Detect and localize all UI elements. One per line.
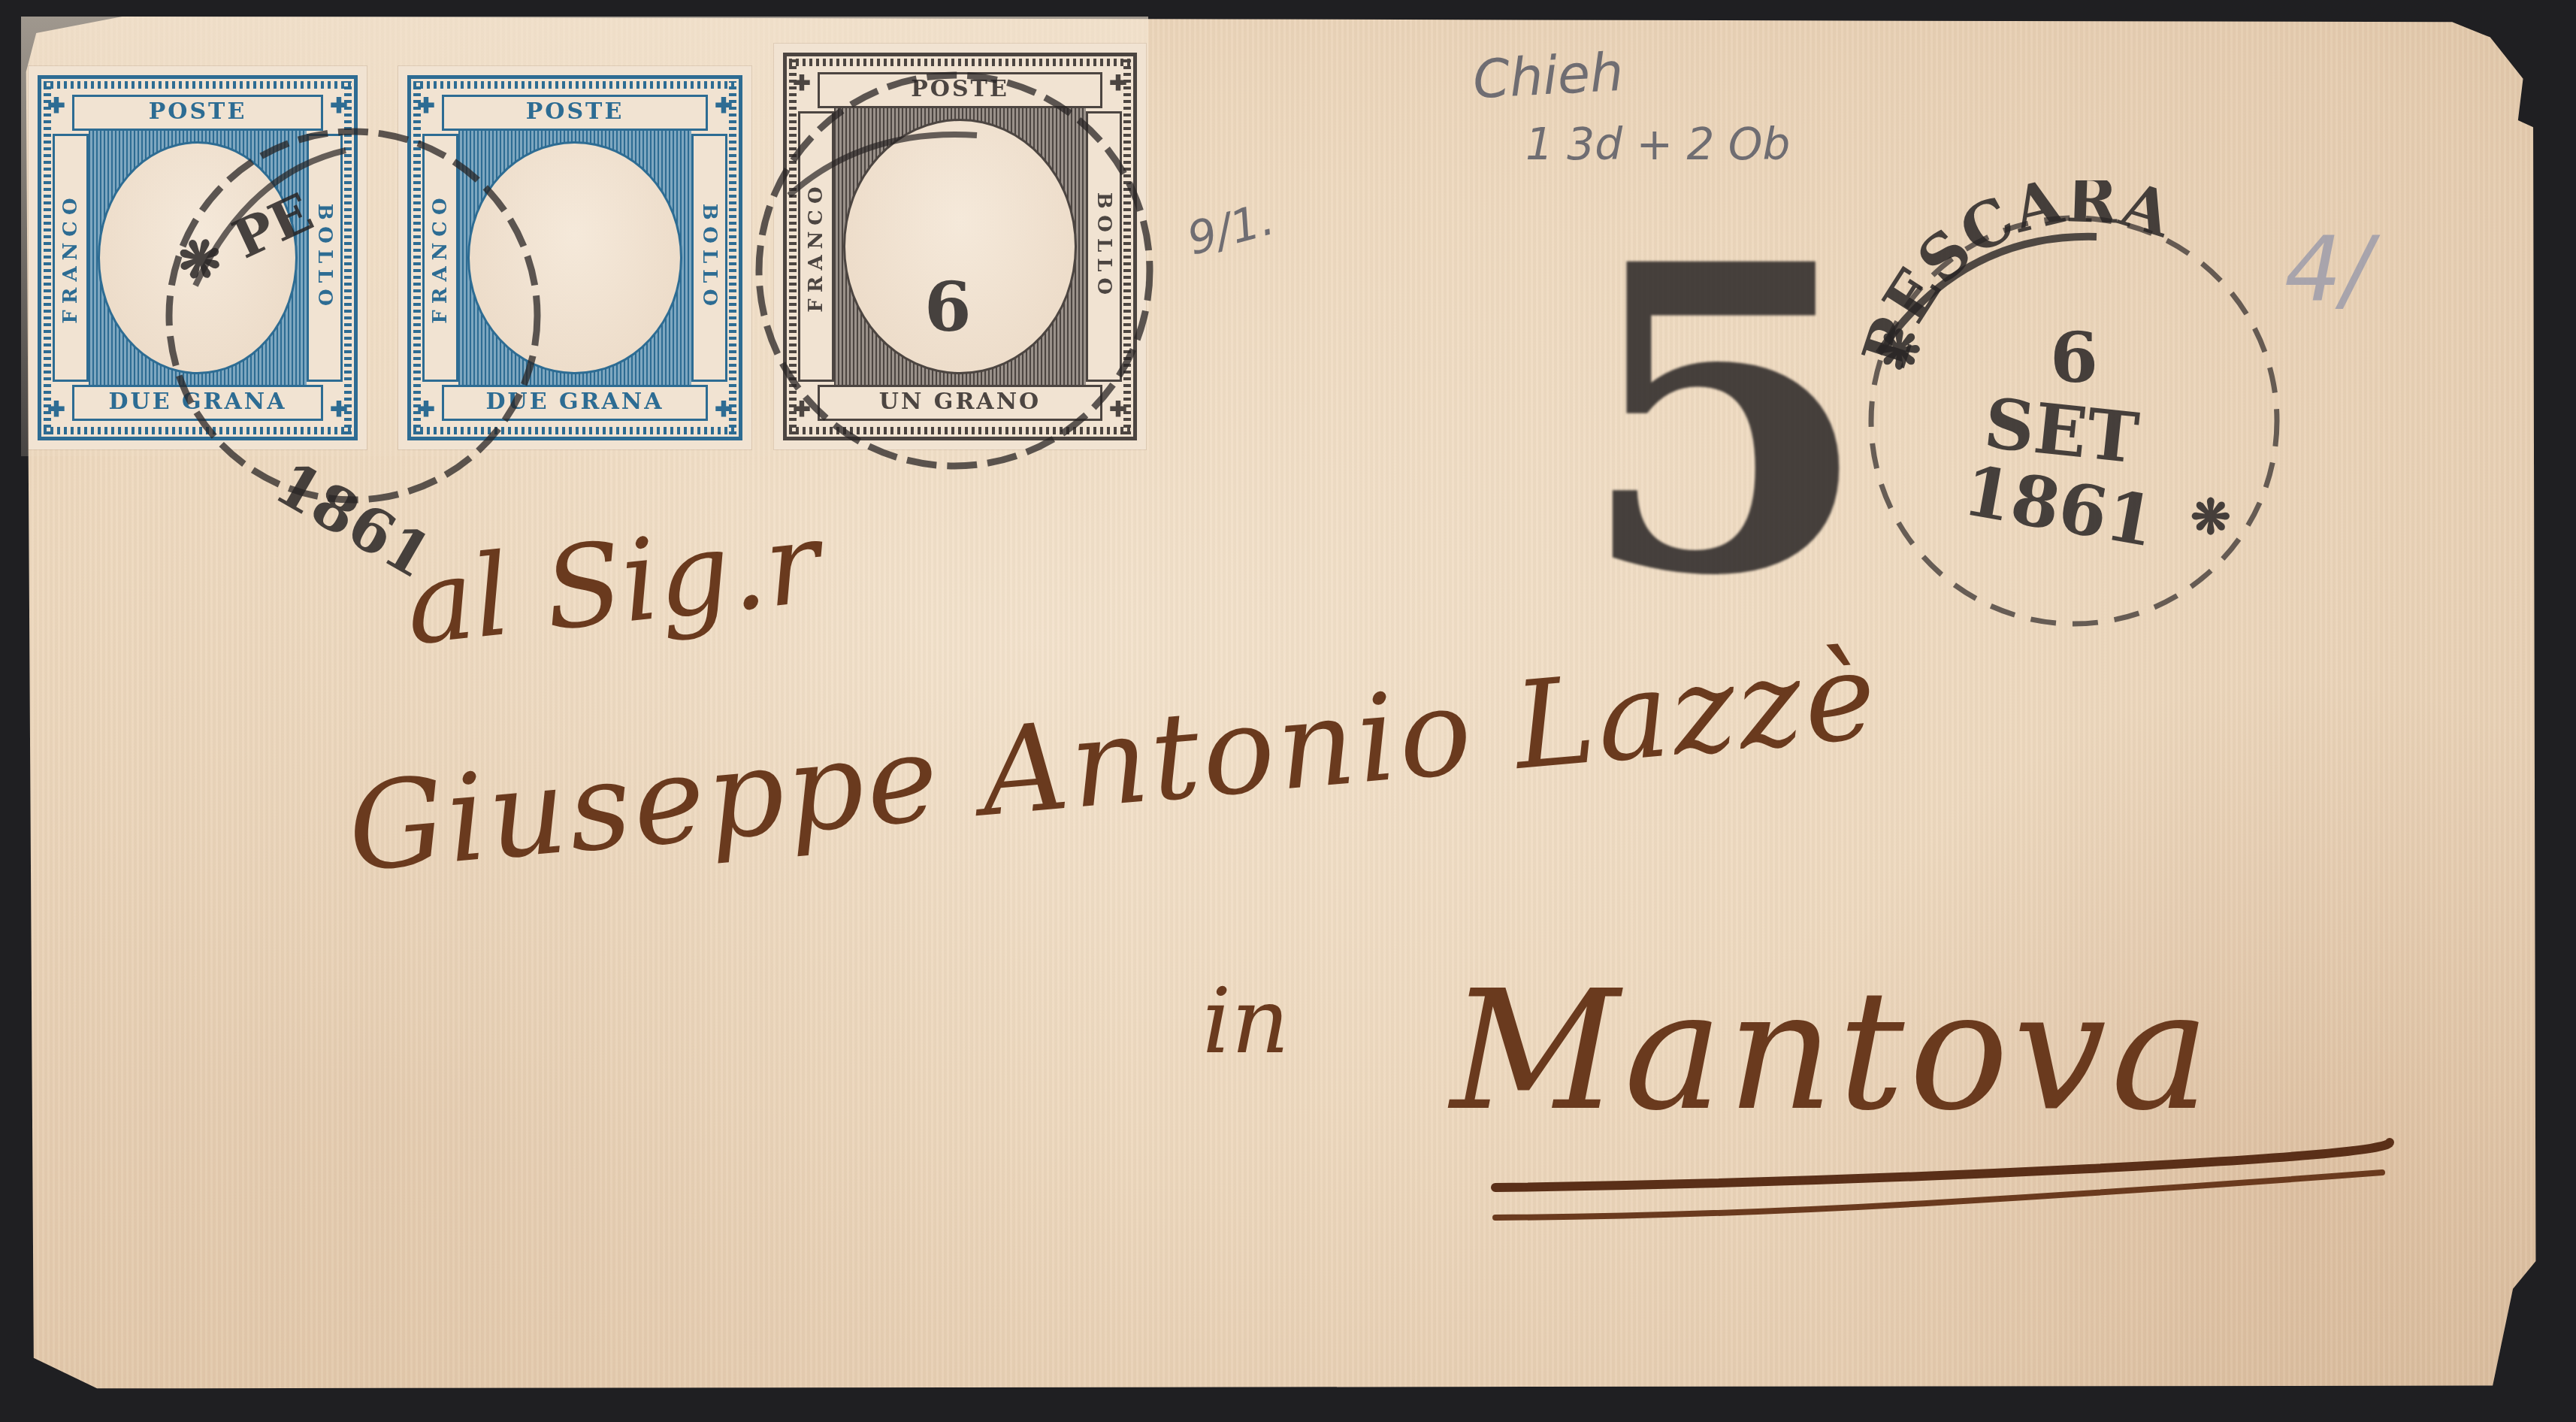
cancel-ring-left — [169, 132, 537, 500]
postmark-ornament-icon: ❋ — [2191, 489, 2231, 546]
city-underline — [1488, 1127, 2420, 1233]
postmark-ornament-icon: ❋ — [1877, 319, 1921, 381]
pencil-signature: Chieh — [1471, 41, 1625, 110]
postmark-day: 6 — [2050, 317, 2098, 398]
tax-mark: 5 — [1578, 210, 1871, 631]
address-city: Mantova — [1450, 955, 2214, 1147]
address-in: in — [1202, 970, 1290, 1074]
pencil-reference: 1 3d + 2 Ob — [1525, 119, 1790, 170]
postmark-ring: PESCARA ❋ ❋ 6 SET 1861 — [1849, 180, 2299, 646]
cancel-day-partial: 6 — [924, 268, 972, 347]
pencil-right-mark: 4/ — [2284, 218, 2372, 322]
postmark-pescara: PESCARA ❋ ❋ 6 SET 1861 — [1849, 180, 2299, 646]
cover-photo: POSTE DUE GRANA FRANCO BOLLO ✚ ✚ ✚ ✚ POS… — [0, 0, 2576, 1422]
cancel-town-partial: ❋ PE — [167, 180, 322, 297]
